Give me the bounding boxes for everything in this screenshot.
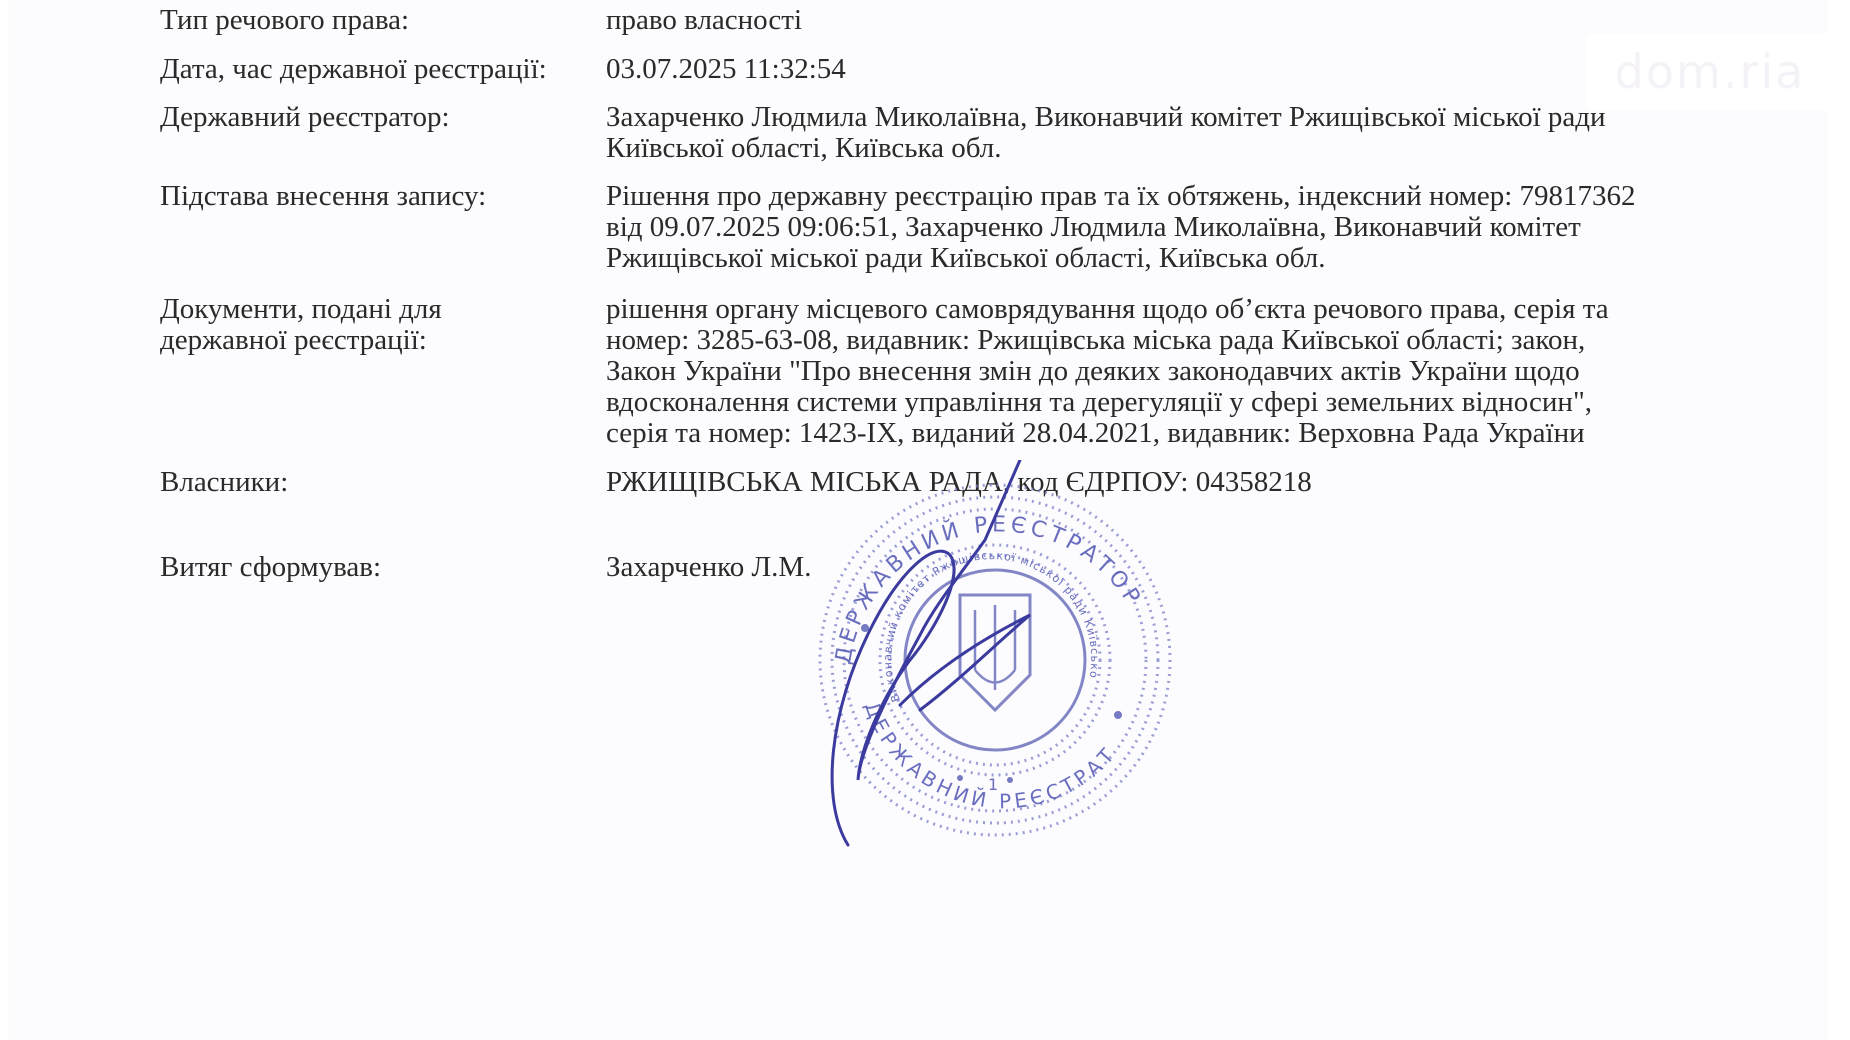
field-value: Захарченко Людмила Миколаївна, Виконавчи… <box>606 102 1746 164</box>
field-label: Витяг сформував: <box>160 552 580 583</box>
field-label: Тип речового права: <box>160 5 580 36</box>
field-label: Дата, час державної реєстрації: <box>160 54 580 85</box>
field-value: Захарченко Л.М. <box>606 552 1746 583</box>
watermark-logo: dom.ria <box>1586 34 1834 110</box>
field-value: право власності <box>606 5 1746 36</box>
field-label: Документи, подані для державної реєстрац… <box>160 294 580 356</box>
document-page: Тип речового права: право власності Дата… <box>18 0 1828 1040</box>
page-edge-left <box>0 0 18 1040</box>
field-label: Власники: <box>160 467 580 498</box>
field-label: Підстава внесення запису: <box>160 181 580 212</box>
field-value: рішення органу місцевого самоврядування … <box>606 294 1746 449</box>
field-value: РЖИЩІВСЬКА МІСЬКА РАДА, код ЄДРПОУ: 0435… <box>606 467 1746 498</box>
field-label: Державний реєстратор: <box>160 102 580 133</box>
field-value: 03.07.2025 11:32:54 <box>606 54 1746 85</box>
field-value: Рішення про державну реєстрацію прав та … <box>606 181 1746 274</box>
page-edge-right <box>1828 0 1850 1040</box>
